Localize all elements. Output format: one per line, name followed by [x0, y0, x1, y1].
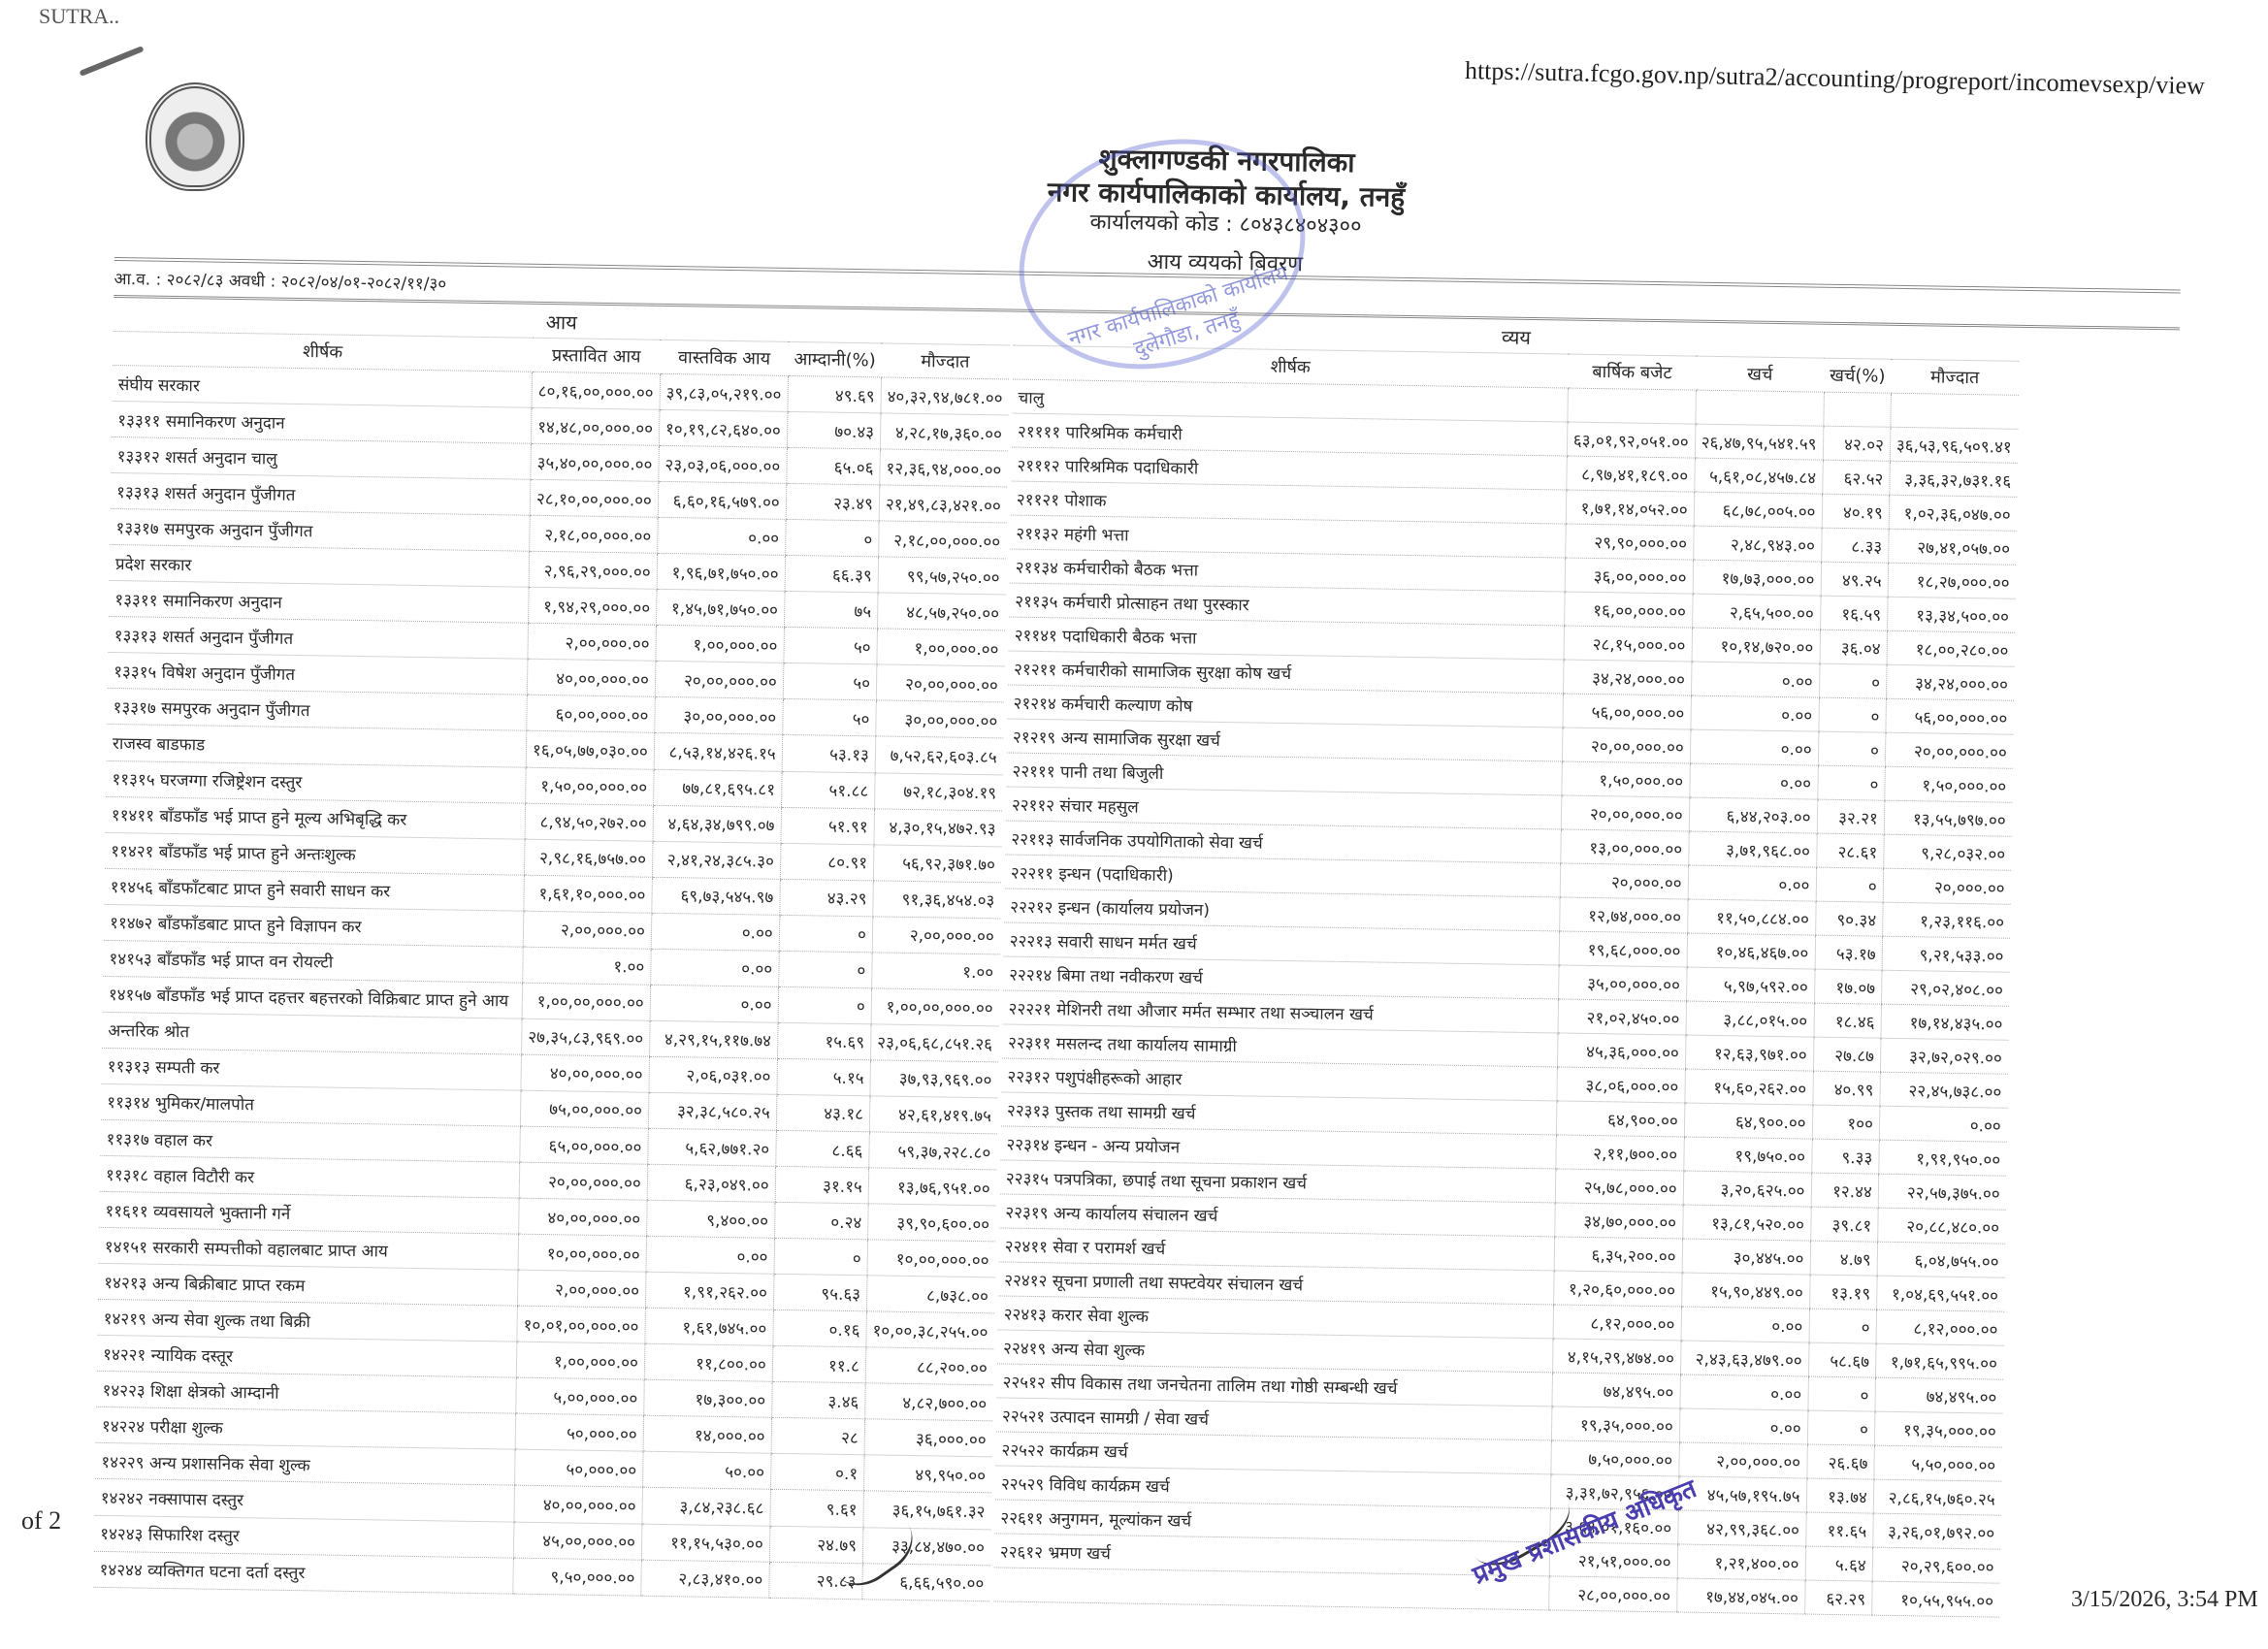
row-value: २,४१,२४,३८५.३० — [652, 841, 780, 879]
row-value: ८,९७,४१,१८९.०० — [1567, 456, 1695, 492]
row-value: ९५.६३ — [773, 1274, 867, 1311]
row-value: ४,६४,३४,७९९.०७ — [653, 805, 781, 843]
row-value: २,८६,१५,७६०.२५ — [1873, 1479, 2001, 1515]
row-value: ९९,५७,२५०.०० — [878, 557, 1006, 595]
row-value: ३,८४,२३८.६८ — [642, 1488, 770, 1526]
row-value: २०,००,०००.०० — [876, 664, 1004, 702]
row-value: १,९१,९५०.०० — [1879, 1140, 2007, 1176]
row-value: २१,०२,४५०.०० — [1558, 999, 1686, 1035]
row-value: १२,६३,९७१.०० — [1685, 1035, 1813, 1071]
row-value: ५०,०००.०० — [515, 1413, 643, 1451]
income-col-header: आम्दानी(%) — [788, 341, 882, 377]
row-value: १३,७६,९५१.०० — [868, 1168, 996, 1206]
row-value: ४,२९,१५,११७.७४ — [649, 1020, 777, 1058]
row-value: १९,३५,०००.०० — [1551, 1406, 1679, 1442]
row-value: १,०४,६९,५५१.०० — [1876, 1276, 2004, 1311]
row-value: १८,००,२८०.०० — [1887, 630, 2015, 666]
row-value: २,००,०००.०० — [517, 1270, 645, 1308]
row-value: ६,६०,१६,५७९.०० — [658, 481, 786, 519]
row-value: ०.०० — [1691, 662, 1819, 697]
row-value: १३,५५,७९७.०० — [1884, 800, 2012, 836]
row-value: ५०.०० — [642, 1452, 770, 1490]
row-value: १०,००,३८,२५५.०० — [866, 1311, 994, 1349]
row-value: २,०६,०३१.०० — [649, 1056, 777, 1094]
row-value: १,००,००,०००.०० — [522, 983, 650, 1020]
row-value: २०,००,०००.०० — [1885, 732, 2013, 768]
row-value: २१,४९,८३,४२१.०० — [879, 485, 1007, 523]
row-value: १०,५५,९५५.०० — [1871, 1581, 1999, 1617]
expense-col-header: खर्च(%) — [1824, 358, 1892, 393]
row-value: १६,०५,७७,०३०.०० — [526, 731, 654, 769]
print-timestamp: 3/15/2026, 3:54 PM — [2071, 1587, 2258, 1613]
row-value: ०.०० — [650, 985, 778, 1022]
row-value — [1696, 390, 1824, 426]
row-value: २,१८,००,०००.०० — [530, 515, 658, 553]
row-value: १७,७३,०००.०० — [1693, 560, 1821, 596]
row-value: २५,७८,०००.०० — [1555, 1169, 1683, 1205]
row-value: १,००,०००.०० — [877, 629, 1005, 666]
row-value: ६,०४,७५५.०० — [1877, 1242, 2005, 1277]
row-value: ६२.५२ — [1822, 460, 1890, 495]
row-value: ७५ — [784, 592, 878, 630]
row-value: २,००,०००.०० — [528, 624, 656, 662]
row-value: १९,६८,०००.०० — [1559, 931, 1687, 967]
row-value: १.०० — [872, 953, 1000, 990]
row-value: २९,९०,०००.०० — [1565, 524, 1693, 560]
row-value: ०.०० — [1689, 763, 1817, 799]
row-value: १०० — [1812, 1105, 1880, 1140]
row-value: ७४,४९५.०० — [1875, 1377, 2003, 1413]
row-value: १०,०१,००,०००.०० — [517, 1306, 645, 1343]
row-value: १५.६९ — [777, 1022, 871, 1060]
row-value: १०,००,०००.०० — [518, 1234, 646, 1272]
row-value: २,१८,००,०००.०० — [879, 521, 1007, 559]
row-value: २,००,०००.०० — [872, 917, 1000, 954]
row-value: ३२.२१ — [1817, 799, 1885, 834]
row-value: ११,८००.०० — [644, 1343, 772, 1381]
row-value: ६०,००,०००.०० — [527, 695, 655, 733]
row-value: ११,५०,८८४.०० — [1687, 899, 1815, 935]
row-value: १३,३४,५००.०० — [1887, 597, 2015, 632]
row-value: २,००,०००.०० — [523, 911, 651, 949]
row-value: ४९,९५०.०० — [863, 1455, 991, 1493]
row-value: २२,५७,३७५.०० — [1878, 1174, 2006, 1210]
row-value: ४२.०२ — [1823, 426, 1891, 461]
row-value: ४,१५,२९,४७४.०० — [1552, 1339, 1680, 1374]
row-value: १,५०,००,०००.०० — [526, 767, 654, 805]
row-value: ३१.१५ — [775, 1166, 869, 1204]
row-value — [1568, 388, 1696, 424]
row-value: ३०,००,०००.०० — [876, 700, 1004, 738]
row-value: ३.४६ — [771, 1382, 865, 1420]
row-value: ३०,४४५.०० — [1682, 1239, 1810, 1275]
row-value: ० — [1819, 663, 1887, 698]
expense-col-header: बार्षिक बजेट — [1568, 354, 1696, 390]
row-value: ४,८२,७००.०० — [865, 1383, 993, 1421]
row-value: ० — [1816, 867, 1884, 902]
row-value: ५.६४ — [1805, 1546, 1873, 1581]
row-value: ३६,५३,९६,५०९.४१ — [1890, 427, 2018, 463]
row-value: ० — [1809, 1309, 1877, 1343]
row-value: २६.६७ — [1806, 1444, 1874, 1479]
row-value: ८०,१६,००,०००.०० — [532, 372, 660, 409]
row-value: ६३,०१,९२,०५१.०० — [1567, 422, 1695, 458]
row-value: १,२१,४००.०० — [1677, 1544, 1805, 1580]
row-value: ४०,००,०००.०० — [527, 660, 655, 697]
row-value — [1891, 393, 2019, 429]
row-value: १९,३५,०००.०० — [1874, 1411, 2002, 1447]
row-value: ७,५०,०००.०० — [1551, 1440, 1679, 1476]
row-value: १,९१,२६२.०० — [645, 1272, 773, 1309]
row-value: २८.६१ — [1816, 833, 1884, 868]
row-value: ५० — [782, 699, 876, 737]
row-value: ३६.०४ — [1820, 630, 1888, 664]
income-col-header: प्रस्तावित आय — [533, 338, 661, 373]
row-value: ८,१२,०००.०० — [1553, 1305, 1681, 1341]
row-value: ७,५२,६२,६०३.८५ — [875, 736, 1003, 774]
row-value: ५,९७,५९२.०० — [1686, 967, 1814, 1003]
row-value: २७,४१,०५७.०० — [1888, 529, 2016, 565]
row-value: ० — [1818, 731, 1886, 766]
row-heading: १४२४४ व्यक्तिगत घटना दर्ता दस्तुर — [93, 1551, 513, 1594]
row-value: ० — [1807, 1376, 1875, 1411]
row-value: ३,७१,९६८.०० — [1688, 831, 1816, 867]
row-value: ९.३३ — [1811, 1139, 1879, 1174]
row-value: ४,३०,१५,४७२.९३ — [874, 808, 1002, 846]
row-value: २०,००,०००.०० — [1561, 795, 1689, 831]
row-value: ०.०० — [1690, 729, 1818, 765]
row-value: १,९४,२९,०००.०० — [529, 588, 657, 626]
row-value: ५९,३७,२२८.८० — [869, 1132, 997, 1170]
row-value: १८,२७,०००.०० — [1888, 563, 2016, 598]
row-value: ५० — [784, 628, 878, 665]
row-value: ०.०० — [651, 949, 779, 986]
row-value: ३,२६,०१,७९२.०० — [1873, 1513, 2001, 1549]
row-value: १,६१,१०,०००.०० — [524, 875, 652, 913]
row-value: ०.०० — [646, 1236, 774, 1274]
row-value: २०,००,०००.०० — [1562, 727, 1690, 763]
row-value: ३५,४०,००,०००.०० — [531, 443, 659, 481]
row-value: ११,१५,५३०.०० — [641, 1524, 769, 1562]
row-value: ६५,००,०००.०० — [520, 1126, 648, 1164]
row-value: ७४,४९५.०० — [1552, 1373, 1680, 1408]
row-value: १८.४६ — [1813, 1003, 1881, 1038]
row-value: ३४,२४,०००.०० — [1886, 664, 2014, 700]
row-value: ० — [778, 951, 872, 988]
row-value: ९१,३६,४५४.०३ — [873, 881, 1001, 919]
row-value: ४५,३६,०००.०० — [1557, 1033, 1685, 1069]
row-value: ६४,९००.०० — [1556, 1101, 1684, 1137]
row-value: ०.०० — [1679, 1408, 1807, 1444]
row-value: १,९६,७१,७५०.०० — [657, 554, 785, 592]
row-value: २३.४९ — [786, 484, 880, 522]
row-value: ४५,००,०००.०० — [513, 1522, 641, 1560]
row-value: १०,१९,८२,६४०.०० — [659, 409, 787, 447]
row-value: ३,८८,०१५.०० — [1686, 1001, 1814, 1037]
row-value: १,२०,६०,०००.०० — [1553, 1271, 1681, 1307]
row-value: २०,००,०००.०० — [519, 1162, 647, 1200]
income-table: आय शीर्षकप्रस्तावित आयवास्तविक आयआम्दानी… — [93, 298, 1010, 1601]
row-value: ३६,०००.०० — [864, 1419, 992, 1457]
row-value: ८,१२,०००.०० — [1876, 1309, 2004, 1345]
row-value: २,८३,४१०.०० — [641, 1560, 769, 1599]
row-value: २७,३५,८३,९६९.०० — [522, 1018, 650, 1056]
row-value: ४०,००,०००.०० — [521, 1054, 649, 1092]
row-value: ४.७९ — [1810, 1241, 1878, 1276]
income-col-header: वास्तविक आय — [660, 339, 788, 375]
row-value: ६२.२९ — [1804, 1580, 1872, 1615]
row-value: ४०,३२,९४,७८१.०० — [881, 377, 1009, 415]
row-value: ७२,१८,३०४.१९ — [874, 772, 1002, 810]
row-value: ० — [1807, 1410, 1875, 1445]
row-value: १५,९०,४४९.०० — [1681, 1273, 1809, 1309]
row-value: ० — [1818, 697, 1886, 732]
row-value: १०,१४,७२०.०० — [1692, 628, 1820, 663]
row-value: ८,९४,५०,२७२.०० — [525, 803, 653, 841]
row-value: ४,२८,१७,३६०.०० — [880, 413, 1008, 451]
row-value: ०.०० — [651, 913, 779, 951]
page-count: of 2 — [21, 1506, 61, 1536]
row-value: १२,७४,०००.०० — [1559, 897, 1687, 933]
row-value: ५६,९२,३७१.७० — [873, 844, 1001, 882]
row-value: २०,८८,४८०.०० — [1877, 1208, 2005, 1244]
row-value: ३४,७०,०००.०० — [1554, 1203, 1682, 1239]
row-value: १२.४४ — [1811, 1173, 1879, 1208]
row-value: ४९.२५ — [1821, 562, 1889, 597]
row-value: २७.८७ — [1813, 1037, 1881, 1072]
row-value: ५,००,०००.०० — [516, 1377, 644, 1415]
row-value: २०,००,०००.०० — [655, 662, 783, 699]
row-value: ३६,००,०००.०० — [1565, 558, 1693, 594]
row-value: ३,३६,३२,७३१.१६ — [1890, 461, 2018, 497]
row-value: १,६१,७४५.०० — [645, 1308, 773, 1345]
row-value: ३७,९३,९६९.०० — [870, 1060, 998, 1098]
row-value: ७०.४३ — [787, 411, 881, 449]
expense-col-header: मौज्दात — [1891, 359, 2019, 395]
row-value: ० — [785, 520, 879, 558]
row-value: २८ — [771, 1418, 865, 1456]
row-value: २०,०००.०० — [1883, 868, 2011, 904]
expense-table: व्यय शीर्षकबार्षिक बजेटखर्चखर्च(%)मौज्दा… — [993, 312, 2020, 1618]
row-value: ४०,००,०००.०० — [519, 1198, 647, 1236]
expense-col-header: खर्च — [1696, 356, 1824, 392]
row-value: १३.७४ — [1806, 1478, 1874, 1513]
row-value: ६,३५,२००.०० — [1554, 1237, 1682, 1273]
row-value: ३९.८१ — [1810, 1207, 1878, 1242]
row-value: १,५०,०००.०० — [1562, 761, 1690, 797]
row-value: ६,२३,०४९.०० — [647, 1164, 775, 1202]
row-value: ५० — [783, 663, 877, 701]
row-value: ८८,२००.०० — [865, 1347, 993, 1385]
row-value: ३०,००,०००.०० — [655, 697, 783, 735]
row-value: १४,४८,००,०००.०० — [531, 407, 659, 445]
row-value: २८,१०,००,०००.०० — [530, 479, 658, 517]
row-value: ०.०० — [1879, 1106, 2007, 1142]
row-value: २,४८,९४३.०० — [1693, 526, 1821, 562]
row-value: ८,७३८.०० — [866, 1276, 994, 1313]
row-value: २६,४७,९५,५४१.५९ — [1695, 424, 1823, 460]
row-value: ० — [778, 986, 872, 1024]
row-value: १७,३००.०० — [644, 1380, 772, 1418]
row-value: १२,३६,९४,०००.०० — [880, 449, 1008, 487]
row-value: २,००,०००.०० — [1678, 1442, 1806, 1478]
row-value: ०.०० — [1691, 695, 1819, 731]
row-value: ५६,००,०००.०० — [1563, 694, 1691, 729]
row-value: ५,६१,०८,४५७.८४ — [1694, 458, 1822, 494]
row-value: ९०.३४ — [1815, 901, 1883, 936]
row-value — [1823, 392, 1891, 427]
row-value: १३,००,०००.०० — [1561, 829, 1689, 865]
row-value: ८.३३ — [1821, 528, 1889, 563]
row-value: १७,१४,४३५.०० — [1881, 1004, 2009, 1040]
row-value: ४३.२९ — [780, 879, 874, 917]
row-value: ६५.०६ — [787, 447, 881, 485]
row-value: ९,२८,०३२.०० — [1884, 834, 2012, 870]
row-value: १७,४४,०४५.०० — [1676, 1578, 1804, 1614]
row-value: ८.६६ — [775, 1130, 869, 1168]
row-value: २,४३,६३,४७९.०० — [1680, 1341, 1808, 1376]
row-value: ५८.६७ — [1808, 1342, 1876, 1377]
row-value: ४९.६९ — [788, 375, 882, 413]
row-value: ० — [774, 1238, 868, 1276]
row-value: ९,२१,५३३.०० — [1882, 936, 2010, 972]
row-value: १,००,०००.०० — [516, 1342, 644, 1379]
row-value: ८०.९१ — [780, 843, 874, 881]
row-value: ०.१६ — [773, 1310, 867, 1348]
income-col-header: मौज्दात — [881, 343, 1009, 379]
row-value: ३५,००,०००.०० — [1558, 965, 1686, 1001]
row-value: १७.०७ — [1814, 969, 1882, 1004]
row-value: ९,४००.०० — [646, 1200, 774, 1238]
row-value: ५०,०००.०० — [515, 1450, 643, 1488]
row-value: ४३.१८ — [776, 1094, 870, 1132]
pen-mark — [79, 46, 144, 77]
row-value: १,७१,१४,०५२.०० — [1566, 490, 1694, 526]
row-value: २२,४५,७३८.०० — [1880, 1072, 2008, 1108]
row-value: ० — [1817, 765, 1885, 800]
row-value: २०,०००.०० — [1560, 863, 1688, 899]
row-value: ३२,३८,५८०.२५ — [648, 1092, 776, 1130]
row-value: ६४,९००.०० — [1684, 1103, 1812, 1139]
row-value: २३,०६,६८,८५१.२६ — [870, 1024, 998, 1062]
row-value: २३,०३,०६,०००.०० — [659, 445, 787, 483]
row-value: २,९८,१६,७५७.०० — [524, 839, 652, 877]
row-value: ११.८ — [772, 1346, 866, 1384]
row-value: १६.५९ — [1820, 596, 1888, 630]
page-url: https://sutra.fcgo.gov.np/sutra2/account… — [1465, 56, 2205, 101]
row-value: १०,००,०००.०० — [867, 1240, 995, 1277]
row-value: ३,२०,६२५.०० — [1683, 1171, 1811, 1207]
row-value: ३९,९०,६००.०० — [868, 1204, 996, 1242]
row-value: १,७१,६५,९९५.०० — [1875, 1343, 2003, 1379]
row-value: १.०० — [523, 947, 651, 985]
row-value: ७५,००,०००.०० — [520, 1090, 648, 1128]
row-value: २,९६,२९,०००.०० — [529, 551, 657, 589]
row-value: ५३.१७ — [1815, 935, 1883, 970]
row-value: १,४५,७१,७५०.०० — [656, 590, 784, 628]
row-value: ४०.१९ — [1822, 494, 1890, 529]
row-value: ५,६२,७७१.२० — [648, 1128, 776, 1166]
row-value: १५,६०,२६२.०० — [1685, 1069, 1813, 1105]
row-value: १,००,००,०००.०० — [871, 988, 999, 1026]
row-value: २,६५,५००.०० — [1692, 594, 1820, 630]
row-value: ०.०० — [658, 518, 786, 556]
row-value: ६८,७८,००५.०० — [1694, 492, 1822, 528]
row-value: ५,५०,०००.०० — [1874, 1445, 2002, 1481]
row-value: १३,८१,५२०.०० — [1682, 1205, 1810, 1241]
row-value: ५१.८८ — [781, 771, 875, 809]
row-value: ४८,५७,२५०.०० — [877, 593, 1005, 630]
row-value: ११.६५ — [1805, 1512, 1873, 1547]
row-value: ५३.१३ — [782, 735, 876, 773]
row-value: २०,२९,६००.०० — [1872, 1547, 2000, 1583]
row-value: ६९,७३,५४५.९७ — [652, 877, 780, 915]
row-value: १६,००,०००.०० — [1564, 592, 1692, 628]
row-value: ३८,०६,०००.०० — [1557, 1067, 1685, 1103]
row-value: १३.१९ — [1809, 1275, 1877, 1309]
row-value: १,००,०००.०० — [656, 626, 784, 663]
row-value: ०.०० — [1681, 1307, 1809, 1342]
row-value: २९,०२,४०८.०० — [1881, 970, 2009, 1006]
row-value: ५६,००,०००.०० — [1886, 698, 2014, 734]
row-value: ० — [779, 915, 873, 953]
row-value: २,११,७००.०० — [1556, 1135, 1684, 1171]
row-value: १,५०,०००.०० — [1885, 766, 2013, 802]
row-value: ०.०० — [1680, 1374, 1808, 1410]
row-value: १,२३,११६.०० — [1882, 902, 2010, 938]
row-value: ४०.९९ — [1812, 1071, 1880, 1106]
row-value: ५.१५ — [777, 1058, 871, 1096]
row-value: ४२,६१,४१९.७५ — [869, 1096, 997, 1134]
row-value: २८,१५,०००.०० — [1564, 626, 1692, 662]
row-value: ८,५३,१४,४२६.१५ — [654, 733, 782, 771]
row-value: ०.२४ — [774, 1202, 868, 1240]
row-value: ०.१ — [770, 1454, 864, 1492]
row-value: ३९,८३,०५,२१९.०० — [660, 373, 788, 411]
row-value: ३४,२४,०००.०० — [1563, 660, 1691, 695]
row-value: १४,०००.०० — [643, 1416, 771, 1454]
row-value: १,०२,३६,०४७.०० — [1889, 495, 2017, 531]
row-value: ६६.३९ — [785, 556, 879, 594]
row-value: ७७,८१,६९५.८१ — [653, 769, 781, 807]
row-value: ४२,९९,३६८.०० — [1677, 1510, 1805, 1546]
report-document: नगर कार्यपालिकाको कार्यालय दुलेगौडा, तनह… — [93, 126, 2182, 1620]
row-value: ६,४४,२०३.०० — [1689, 797, 1817, 833]
print-header: SUTRA.. — [39, 4, 119, 29]
row-value: ०.०० — [1688, 865, 1816, 901]
row-value: ९,५०,०००.०० — [513, 1558, 641, 1597]
row-value: ५१.९१ — [781, 807, 875, 845]
row-value: १०,४६,४६७.०० — [1687, 933, 1815, 969]
row-value: १९,७५०.०० — [1683, 1137, 1811, 1173]
row-value: ४०,००,०००.०० — [514, 1486, 642, 1524]
row-value: २८,००,०००.०० — [1548, 1576, 1676, 1612]
row-value: ३२,७२,०२९.०० — [1880, 1038, 2008, 1074]
